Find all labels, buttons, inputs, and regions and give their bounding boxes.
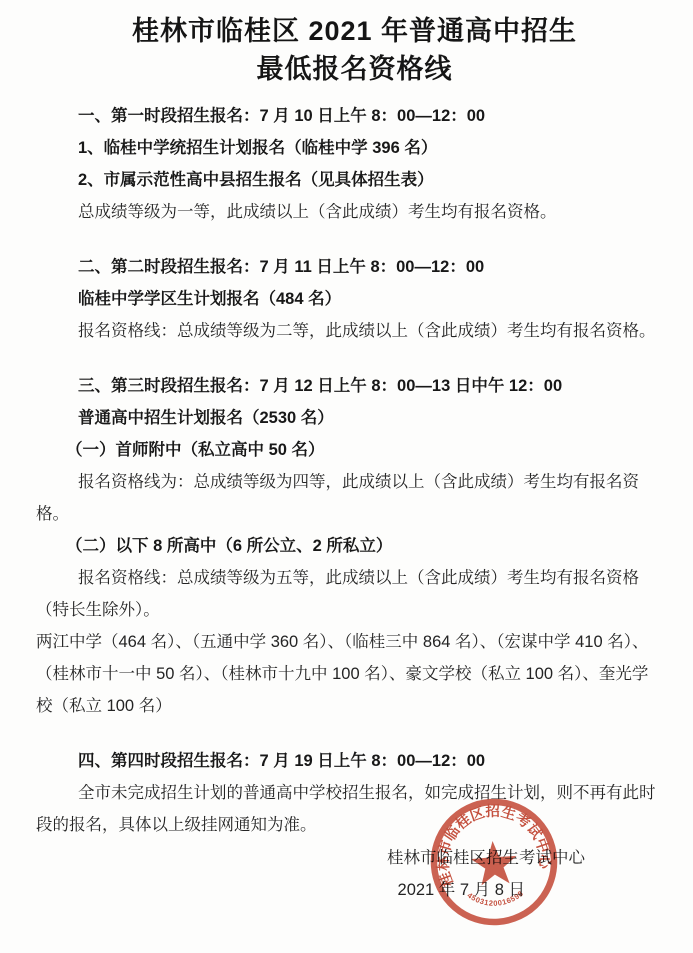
seal-code-text: 4503120016598 <box>465 887 526 910</box>
doc-line: 段的报名，具体以上级挂网通知为准。 <box>36 809 673 841</box>
doc-line: （桂林市十一中 50 名）、（桂林市十九中 100 名）、豪文学校（私立 100… <box>36 658 673 690</box>
seal-star-icon <box>470 839 519 885</box>
doc-line: （二）以下 8 所高中（6 所公立、2 所私立） <box>36 530 673 562</box>
doc-line: 1、临桂中学统招生计划报名（临桂中学 396 名） <box>36 132 673 164</box>
doc-title: 桂林市临桂区 2021 年普通高中招生 最低报名资格线 <box>36 0 673 88</box>
doc-line: 临桂中学学区生计划报名（484 名） <box>36 283 673 315</box>
doc-title-line2: 最低报名资格线 <box>36 50 673 88</box>
doc-line: 全市未完成招生计划的普通高中学校招生报名，如完成招生计划，则不再有此时 <box>36 777 673 809</box>
doc-line: 普通高中招生计划报名（2530 名） <box>36 402 673 434</box>
section-2: 二、第二时段招生报名：7 月 11 日上午 8：00—12：00 临桂中学学区生… <box>36 251 673 347</box>
document-content: 桂林市临桂区 2021 年普通高中招生 最低报名资格线 一、第一时段招生报名：7… <box>36 0 673 907</box>
section-4-heading: 四、第四时段招生报名：7 月 19 日上午 8：00—12：00 <box>36 745 673 777</box>
official-seal: 桂林市临桂区招生考试中心 4503120016598 <box>414 782 574 942</box>
section-1-heading: 一、第一时段招生报名：7 月 10 日上午 8：00—12：00 <box>36 100 673 132</box>
section-3: 三、第三时段招生报名：7 月 12 日上午 8：00—13 日中午 12：00 … <box>36 370 673 722</box>
doc-line: （一）首师附中（私立高中 50 名） <box>36 434 673 466</box>
document-page: 桂林市临桂区 2021 年普通高中招生 最低报名资格线 一、第一时段招生报名：7… <box>0 0 693 953</box>
doc-line: 报名资格线：总成绩等级为二等，此成绩以上（含此成绩）考生均有报名资格。 <box>36 315 673 347</box>
doc-line: 两江中学（464 名）、（五通中学 360 名）、（临桂三中 864 名）、（宏… <box>36 626 673 658</box>
section-3-heading: 三、第三时段招生报名：7 月 12 日上午 8：00—13 日中午 12：00 <box>36 370 673 402</box>
signature-block: 桂林市临桂区招生考试中心 2021 年 7 月 8 日 <box>36 842 673 907</box>
doc-line: 格。 <box>36 498 673 530</box>
doc-line: 报名资格线为：总成绩等级为四等，此成绩以上（含此成绩）考生均有报名资 <box>36 466 673 498</box>
signature-date: 2021 年 7 月 8 日 <box>36 874 673 907</box>
doc-line: 校（私立 100 名） <box>36 690 673 722</box>
signature-org: 桂林市临桂区招生考试中心 <box>36 842 673 874</box>
doc-line: 2、市属示范性高中县招生报名（见具体招生表） <box>36 164 673 196</box>
section-4: 四、第四时段招生报名：7 月 19 日上午 8：00—12：00 全市未完成招生… <box>36 745 673 841</box>
section-2-heading: 二、第二时段招生报名：7 月 11 日上午 8：00—12：00 <box>36 251 673 283</box>
doc-line: （特长生除外）。 <box>36 594 673 626</box>
section-1: 一、第一时段招生报名：7 月 10 日上午 8：00—12：00 1、临桂中学统… <box>36 100 673 228</box>
doc-line: 总成绩等级为一等，此成绩以上（含此成绩）考生均有报名资格。 <box>36 196 673 228</box>
doc-title-line1: 桂林市临桂区 2021 年普通高中招生 <box>36 12 673 50</box>
doc-line: 报名资格线：总成绩等级为五等，此成绩以上（含此成绩）考生均有报名资格 <box>36 562 673 594</box>
